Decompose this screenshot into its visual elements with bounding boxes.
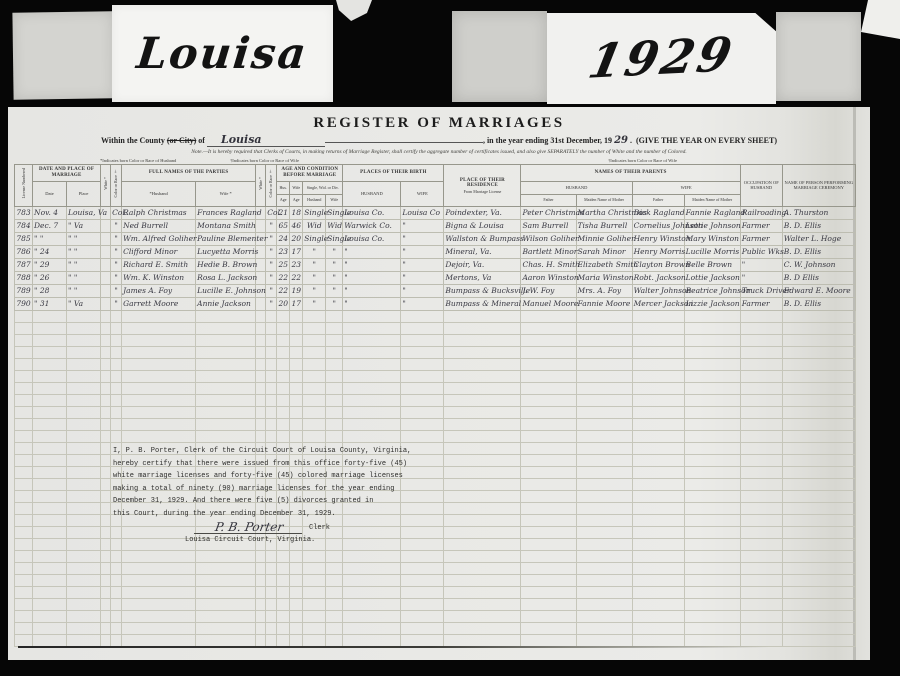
cell-h_age (277, 419, 290, 431)
cell-h_cond (303, 599, 326, 611)
paper-scrap-gray-mid (452, 11, 547, 102)
cell-no: 790 (15, 298, 33, 311)
cell-minister (782, 311, 855, 323)
cell-h_mother (576, 335, 632, 347)
cell-c1 (111, 323, 122, 335)
cell-c1: " (111, 259, 122, 272)
cell-date (33, 335, 67, 347)
cell-minister (782, 347, 855, 359)
cell-w_father (632, 407, 684, 419)
cell-date: " " (33, 233, 67, 246)
cell-birth_h (343, 623, 401, 635)
cell-w_cond (326, 419, 343, 431)
cell-wife (196, 371, 256, 383)
cell-no: 786 (15, 246, 33, 259)
cell-h_cond (303, 611, 326, 623)
cell-w_father (632, 599, 684, 611)
cell-w_father (632, 479, 684, 491)
cell-birth_h: " (343, 285, 401, 298)
cell-w_age (290, 335, 303, 347)
cell-no (15, 527, 33, 539)
cell-place: Louisa, Va (67, 207, 101, 220)
cell-h_father (521, 587, 576, 599)
empty-row (15, 383, 856, 395)
cell-place (67, 347, 101, 359)
cell-wife: Frances Ragland (196, 207, 256, 220)
cell-no (15, 551, 33, 563)
cell-date (33, 599, 67, 611)
cell-c2 (266, 383, 277, 395)
cell-h_cond: " (303, 259, 326, 272)
cell-residence: Bumpass & Bucksville (444, 285, 521, 298)
cell-occupation (740, 551, 782, 563)
cell-w_mother: Beatrice Johnson (684, 285, 740, 298)
cell-wife: Rosa L. Jackson (196, 272, 256, 285)
cell-h_cond (303, 419, 326, 431)
cell-h_age (277, 635, 290, 647)
cell-w_cond (326, 383, 343, 395)
county-label-handwriting: Louisa (135, 29, 311, 79)
cell-h_mother (576, 575, 632, 587)
cell-c2 (266, 575, 277, 587)
cell-minister (782, 587, 855, 599)
cell-date (33, 407, 67, 419)
cell-h_mother (576, 419, 632, 431)
cell-w_age (290, 635, 303, 647)
cell-no (15, 443, 33, 455)
cell-h_age: 22 (277, 285, 290, 298)
cell-w_mother (684, 455, 740, 467)
cell-w_mother: Lottie Jackson (684, 272, 740, 285)
cell-date (33, 587, 67, 599)
cell-w1 (101, 323, 111, 335)
cell-w_cond (326, 407, 343, 419)
cell-h_mother (576, 311, 632, 323)
col-wife-age-head: Wife (290, 182, 303, 195)
cell-date (33, 503, 67, 515)
cell-husband (122, 347, 196, 359)
cell-c2: " (266, 220, 277, 233)
cell-minister: Walter L. Hoge (782, 233, 855, 246)
cell-w_father (632, 563, 684, 575)
cell-residence (444, 515, 521, 527)
cell-place (67, 359, 101, 371)
cell-w_father (632, 467, 684, 479)
cell-wife: Lucyetta Morris (196, 246, 256, 259)
cell-h_age (277, 383, 290, 395)
cell-birth_w (401, 371, 444, 383)
cell-birth_w (401, 395, 444, 407)
cell-no (15, 347, 33, 359)
cell-occupation (740, 515, 782, 527)
cell-w_father (632, 395, 684, 407)
cell-place (67, 491, 101, 503)
subtitle-or-city-struck: (or City) (167, 136, 196, 145)
cell-c1 (111, 587, 122, 599)
colgroup-full-names: FULL NAMES OF THE PARTIES (122, 165, 256, 182)
cell-w2 (256, 563, 266, 575)
cell-w_father (632, 335, 684, 347)
cell-birth_h (343, 563, 401, 575)
cell-birth_w (401, 575, 444, 587)
cell-birth_h (343, 611, 401, 623)
cell-w1 (101, 563, 111, 575)
cell-residence (444, 443, 521, 455)
cell-husband (122, 431, 196, 443)
col-white-2: White * (256, 165, 266, 207)
cell-h_father (521, 623, 576, 635)
cell-c2: " (266, 233, 277, 246)
cell-w_father (632, 443, 684, 455)
cell-birth_h (343, 599, 401, 611)
cell-no (15, 383, 33, 395)
certification-line: this Court, during the year ending Decem… (113, 508, 443, 521)
col-residence: PLACE OF THEIR RESIDENCE From Marriage L… (444, 165, 521, 207)
cell-occupation (740, 347, 782, 359)
cell-w_cond (326, 575, 343, 587)
cell-c1: " (111, 246, 122, 259)
cell-w_mother (684, 323, 740, 335)
subtitle-blank-line (325, 142, 483, 143)
cell-w_age: 17 (290, 298, 303, 311)
cell-h_mother: Fannie Moore (576, 298, 632, 311)
cell-w_father (632, 455, 684, 467)
cell-husband (122, 551, 196, 563)
cell-h_cond: Single (303, 207, 326, 220)
cell-occupation: Farmer (740, 220, 782, 233)
cell-wife: Pauline Blementer (196, 233, 256, 246)
cell-h_cond: " (303, 298, 326, 311)
cell-occupation (740, 599, 782, 611)
cell-occupation: Truck Driver (740, 285, 782, 298)
cell-w_father (632, 311, 684, 323)
cell-minister (782, 443, 855, 455)
cell-h_father (521, 635, 576, 647)
cell-w1 (101, 623, 111, 635)
cell-wife (196, 323, 256, 335)
cell-w_mother: Lucille Morris (684, 246, 740, 259)
cell-w_age (290, 371, 303, 383)
cell-c2: " (266, 259, 277, 272)
cell-minister (782, 371, 855, 383)
cell-w1 (101, 335, 111, 347)
cell-place (67, 467, 101, 479)
cell-h_cond (303, 407, 326, 419)
cell-residence: Bumpass & Mineral (444, 298, 521, 311)
cell-w_father: Cornelius Johnson (632, 220, 684, 233)
cell-w_age (290, 551, 303, 563)
cell-c2: " (266, 246, 277, 259)
cell-w_age: 23 (290, 259, 303, 272)
cell-h_father (521, 371, 576, 383)
col-cond-husband: Husband (303, 195, 326, 207)
table-row: 786" 24" ""Clifford MinorLucyetta Morris… (15, 246, 856, 259)
cell-wife (196, 311, 256, 323)
cell-no: 783 (15, 207, 33, 220)
cell-occupation (740, 503, 782, 515)
empty-row (15, 347, 856, 359)
cell-h_father (521, 563, 576, 575)
cell-h_cond (303, 371, 326, 383)
cell-residence (444, 431, 521, 443)
cell-w2 (256, 298, 266, 311)
cell-w_mother (684, 539, 740, 551)
cell-residence (444, 563, 521, 575)
cell-husband (122, 335, 196, 347)
cell-residence: Poindexter, Va. (444, 207, 521, 220)
cell-h_mother: Martha Christmas (576, 207, 632, 220)
cell-occupation: Railroading (740, 207, 782, 220)
cell-c1 (111, 335, 122, 347)
cell-c1: " (111, 285, 122, 298)
cell-no (15, 323, 33, 335)
cell-occupation: Farmer (740, 233, 782, 246)
cell-h_mother (576, 347, 632, 359)
cell-w_cond (326, 431, 343, 443)
cell-c1 (111, 431, 122, 443)
cell-wife (196, 587, 256, 599)
cell-no: 789 (15, 285, 33, 298)
cell-residence (444, 359, 521, 371)
col-color-race-1: Color or Race † (111, 165, 122, 207)
cell-occupation (740, 467, 782, 479)
cell-h_father (521, 527, 576, 539)
cell-occupation (740, 455, 782, 467)
cell-minister (782, 635, 855, 647)
cell-no (15, 359, 33, 371)
cell-w2 (256, 623, 266, 635)
cell-w1 (101, 575, 111, 587)
cell-h_age (277, 575, 290, 587)
cell-place (67, 563, 101, 575)
cell-w_mother: Belle Brown (684, 259, 740, 272)
cell-h_cond (303, 395, 326, 407)
cell-date (33, 383, 67, 395)
empty-row (15, 563, 856, 575)
cell-minister: Edward E. Moore (782, 285, 855, 298)
cell-w1 (101, 220, 111, 233)
cell-w1 (101, 635, 111, 647)
cell-w1 (101, 515, 111, 527)
cell-w1 (101, 539, 111, 551)
cell-date (33, 611, 67, 623)
col-husband-age: Age (277, 195, 290, 207)
cell-w_mother (684, 575, 740, 587)
cell-w2 (256, 323, 266, 335)
cell-no: 788 (15, 272, 33, 285)
cell-birth_h (343, 323, 401, 335)
cell-w_cond: " (326, 259, 343, 272)
cell-h_father: Sam Burrell (521, 220, 576, 233)
empty-row (15, 551, 856, 563)
cell-h_father: Aaron Winston (521, 272, 576, 285)
cell-w_age (290, 587, 303, 599)
empty-row (15, 599, 856, 611)
cell-birth_h: " (343, 259, 401, 272)
cell-husband (122, 563, 196, 575)
cell-birth_w (401, 587, 444, 599)
cell-minister: B. D Ellis (782, 272, 855, 285)
cell-h_mother: Sarah Minor (576, 246, 632, 259)
cell-w_age (290, 407, 303, 419)
cell-w2 (256, 347, 266, 359)
cell-husband (122, 395, 196, 407)
cell-w_father (632, 587, 684, 599)
certification-line: December 31, 1929. And there were five (… (113, 495, 443, 508)
cell-w1 (101, 467, 111, 479)
cell-h_mother (576, 539, 632, 551)
cell-w_mother (684, 563, 740, 575)
cell-residence (444, 383, 521, 395)
cell-minister (782, 551, 855, 563)
cell-w_mother (684, 623, 740, 635)
cell-residence (444, 395, 521, 407)
cell-w_cond (326, 371, 343, 383)
cell-h_mother (576, 515, 632, 527)
empty-row (15, 407, 856, 419)
cell-date (33, 563, 67, 575)
cell-w2 (256, 259, 266, 272)
cell-minister: B. D. Ellis (782, 220, 855, 233)
cell-date (33, 347, 67, 359)
col-occupation: OCCUPATION OF HUSBAND (740, 165, 782, 207)
cell-w1 (101, 503, 111, 515)
cell-w_age (290, 599, 303, 611)
cell-residence (444, 527, 521, 539)
cell-wife (196, 395, 256, 407)
cell-w1 (101, 259, 111, 272)
cell-residence (444, 503, 521, 515)
cell-minister (782, 407, 855, 419)
cell-c2 (266, 395, 277, 407)
cell-wife (196, 623, 256, 635)
cell-residence (444, 335, 521, 347)
cell-h_age: 24 (277, 233, 290, 246)
cell-h_mother (576, 551, 632, 563)
cell-birth_w (401, 347, 444, 359)
cell-no (15, 371, 33, 383)
cell-w_mother (684, 443, 740, 455)
cell-w_age: 20 (290, 233, 303, 246)
scan-artifact-line (18, 646, 770, 648)
cell-minister (782, 419, 855, 431)
cell-birth_w: Louisa Co (401, 207, 444, 220)
cell-c1: " (111, 298, 122, 311)
cell-date (33, 311, 67, 323)
cell-husband (122, 575, 196, 587)
cell-w_cond: " (326, 272, 343, 285)
cell-date: Nov. 4 (33, 207, 67, 220)
cell-birth_w (401, 611, 444, 623)
cell-w_father (632, 551, 684, 563)
cell-husband: Clifford Minor (122, 246, 196, 259)
cell-h_cond: " (303, 246, 326, 259)
cell-birth_w: " (401, 298, 444, 311)
cell-h_cond (303, 311, 326, 323)
cell-residence (444, 491, 521, 503)
cell-minister (782, 563, 855, 575)
cell-date: Dec. 7 (33, 220, 67, 233)
col-wife-mother: Maiden Name of Mother (684, 195, 740, 207)
cell-w_mother (684, 383, 740, 395)
certification-line: making a total of ninety (90) marriage l… (113, 483, 443, 496)
cell-residence: Wallston & Bumpass (444, 233, 521, 246)
cell-w2 (256, 359, 266, 371)
register-table-wrap: License Numbered DATE AND PLACE OF MARRI… (14, 164, 856, 647)
colgroup-parents-wife: WIFE (632, 182, 740, 195)
register-page: REGISTER OF MARRIAGES Within the County … (8, 107, 870, 660)
cell-occupation (740, 407, 782, 419)
cell-residence: Mertons, Va (444, 272, 521, 285)
cell-no (15, 587, 33, 599)
cell-c1 (111, 611, 122, 623)
empty-row (15, 431, 856, 443)
cell-residence (444, 539, 521, 551)
cell-w1 (101, 383, 111, 395)
cell-w_age (290, 395, 303, 407)
cell-date (33, 455, 67, 467)
cell-no (15, 575, 33, 587)
cell-minister (782, 611, 855, 623)
cell-date: " 28 (33, 285, 67, 298)
empty-row (15, 359, 856, 371)
cell-wife (196, 383, 256, 395)
cell-c1 (111, 623, 122, 635)
cell-w_cond (326, 395, 343, 407)
cell-minister: B. D. Ellis (782, 298, 855, 311)
cell-c1: Col. (111, 207, 122, 220)
cell-w_cond (326, 623, 343, 635)
cell-w2 (256, 383, 266, 395)
col-birth-husband: HUSBAND (343, 182, 401, 207)
cell-occupation (740, 479, 782, 491)
cell-c1 (111, 551, 122, 563)
cell-birth_h: Louisa Co. (343, 207, 401, 220)
col-place: Place (67, 182, 101, 207)
cell-h_mother (576, 395, 632, 407)
col-minister: NAME OF PERSON PERFORMING MARRIAGE CEREM… (782, 165, 855, 207)
cell-birth_h (343, 587, 401, 599)
col-single-wid-div: Single, Wid. or Div. (303, 182, 343, 195)
cell-birth_w (401, 623, 444, 635)
cell-wife (196, 551, 256, 563)
cell-h_father (521, 311, 576, 323)
cell-h_father (521, 407, 576, 419)
cell-w_cond (326, 359, 343, 371)
cell-h_mother (576, 611, 632, 623)
cell-w_father (632, 623, 684, 635)
empty-row (15, 395, 856, 407)
cell-no (15, 455, 33, 467)
cell-h_father: Wilson Goliher (521, 233, 576, 246)
cell-occupation: " (740, 259, 782, 272)
cell-h_father (521, 335, 576, 347)
empty-row (15, 575, 856, 587)
cell-h_father (521, 539, 576, 551)
cell-w_cond (326, 335, 343, 347)
cell-w2 (256, 611, 266, 623)
register-rows: 783Nov. 4Louisa, VaCol.Ralph ChristmasFr… (15, 207, 856, 647)
cell-w_mother (684, 515, 740, 527)
cell-w_mother (684, 335, 740, 347)
subtitle-mid: , in the year ending 31st December, 19 (483, 136, 612, 145)
empty-row (15, 635, 856, 647)
cell-h_mother (576, 587, 632, 599)
cell-c1 (111, 407, 122, 419)
cell-place: " " (67, 285, 101, 298)
cell-husband (122, 599, 196, 611)
paper-scrap-corner (861, 0, 900, 39)
